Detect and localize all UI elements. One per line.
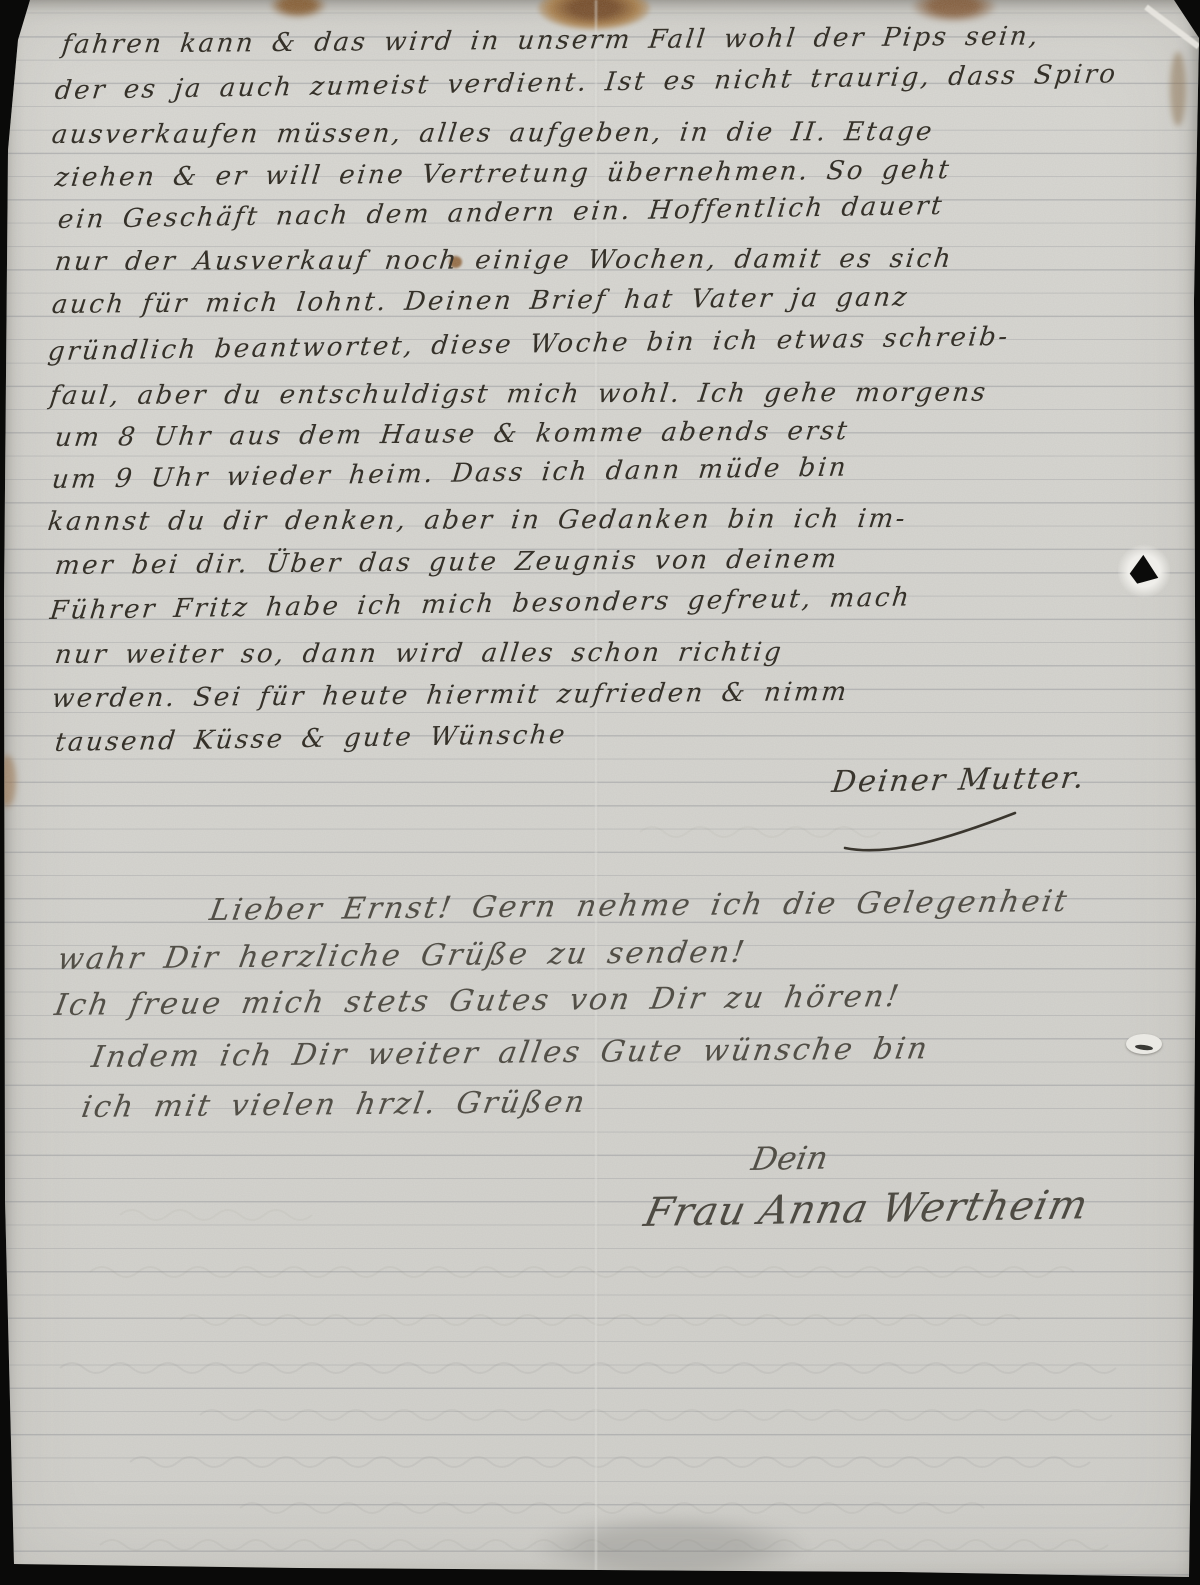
rust-stain-top-right <box>912 0 996 22</box>
letter-line: wahr Dir herzliche Grüße zu senden! <box>55 935 749 977</box>
stain-right-edge <box>1170 52 1186 126</box>
letter-line: um 9 Uhr wieder heim. Dass ich dann müde… <box>50 453 849 495</box>
letter-line: werden. Sei für heute hiermit zufrieden … <box>50 677 850 714</box>
letter-line: auch für mich lohnt. Deinen Brief hat Va… <box>50 283 910 320</box>
rust-stain-left-edge <box>0 755 16 807</box>
scanned-letter-page: fahren kann & das wird in unserm Fall wo… <box>0 0 1200 1585</box>
closing-word: Dein <box>749 1139 831 1178</box>
letter-line: nur der Ausverkauf noch einige Wochen, d… <box>53 244 955 277</box>
letter-line: ich mit vielen hrzl. Grüßen <box>79 1085 589 1125</box>
letter-line: mer bei dir. Über das gute Zeugnis von d… <box>53 544 840 581</box>
hole-opening <box>1127 552 1161 588</box>
rust-stain-top-left <box>270 0 326 18</box>
letter-line: der es ja auch zumeist verdient. Ist es … <box>53 59 1119 106</box>
letter-line: um 8 Uhr aus dem Hause & komme abends er… <box>53 416 851 453</box>
letter-line: fahren kann & das wird in unserm Fall wo… <box>60 21 1041 60</box>
tear-shadow <box>1135 1044 1153 1051</box>
second-signature: Frau Anna Wertheim <box>640 1182 1093 1236</box>
letter-line: Führer Fritz habe ich mich besonders gef… <box>48 582 912 625</box>
small-tear <box>1126 1034 1162 1054</box>
torn-corner-edge <box>1144 5 1200 50</box>
mother-signature: Deiner Mutter. <box>830 761 1088 800</box>
letter-paper: fahren kann & das wird in unserm Fall wo… <box>0 0 1200 1585</box>
letter-line: kannst du dir denken, aber in Gedanken b… <box>46 504 909 537</box>
letter-line: nur weiter so, dann wird alles schon ric… <box>53 637 785 670</box>
letter-line: Lieber Ernst! Gern nehme ich die Gelegen… <box>207 884 1072 928</box>
torn-punch-hole <box>1118 544 1170 598</box>
letter-line: ein Geschäft nach dem andern ein. Hoffen… <box>56 191 945 235</box>
letter-line: tausend Küsse & gute Wünsche <box>53 720 568 758</box>
letter-line: faul, aber du entschuldigst mich wohl. I… <box>48 378 989 411</box>
letter-line: gründlich beantwortet, diese Woche bin i… <box>46 322 1011 367</box>
signature-flourish <box>830 800 1030 860</box>
letter-line: ausverkaufen müssen, alles aufgeben, in … <box>50 117 936 150</box>
letter-line: Ich freue mich stets Gutes von Dir zu hö… <box>52 979 903 1023</box>
letter-line: ziehen & er will eine Vertretung überneh… <box>53 155 953 193</box>
vertical-fold-crease <box>594 0 598 1585</box>
letter-line: Indem ich Dir weiter alles Gute wünsche … <box>89 1031 932 1075</box>
shadow-stain-bottom <box>535 1515 805 1579</box>
